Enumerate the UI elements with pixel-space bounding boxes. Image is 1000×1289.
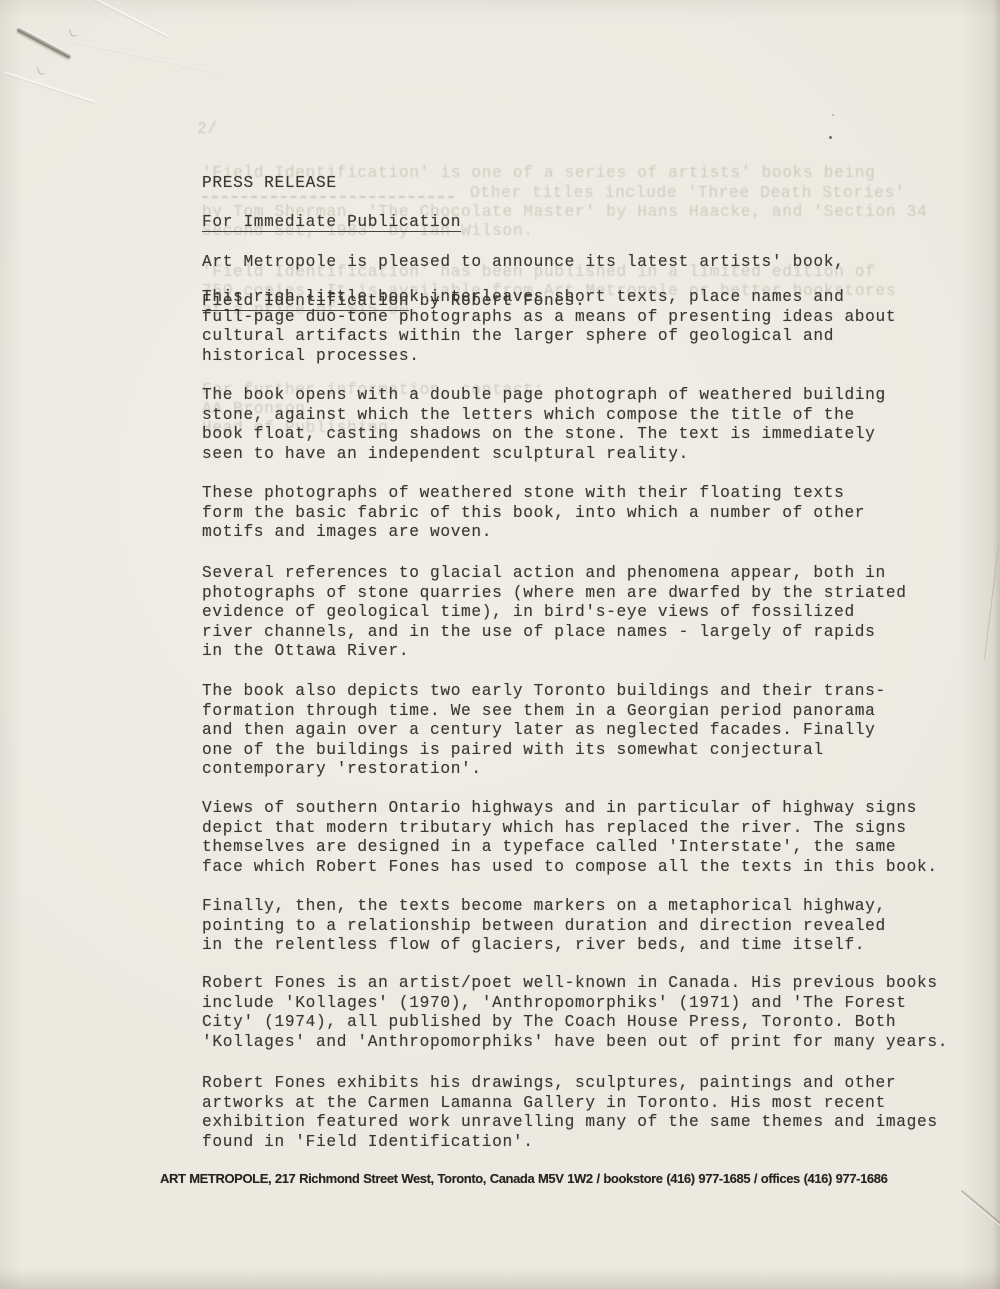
staple-tear-mark — [37, 65, 46, 76]
paper-speck — [829, 136, 832, 139]
ghost-page-number: 2/ — [197, 120, 218, 140]
edge-crease — [984, 545, 999, 659]
letterhead-footer: ART METROPOLE, 217 Richmond Street West,… — [160, 1171, 887, 1186]
paragraph: These photographs of weathered stone wit… — [202, 484, 865, 543]
paper-crease — [72, 40, 219, 72]
paragraph: The book also depicts two early Toronto … — [202, 682, 886, 780]
paragraph: This rich little book interleaves short … — [202, 288, 896, 366]
publication-status-line: For Immediate Publication — [202, 213, 461, 233]
paragraph: Robert Fones is an artist/poet well-know… — [202, 974, 948, 1052]
staple — [17, 27, 72, 59]
staple-tear-mark — [69, 27, 78, 38]
corner-fold-crease — [961, 1190, 1000, 1255]
press-release-scanned-page: 2/ 'Field Identification' is one of a se… — [0, 0, 1000, 1289]
paragraph: The book opens with a double page photog… — [202, 386, 886, 464]
paragraph: Robert Fones exhibits his drawings, scul… — [202, 1074, 938, 1152]
ghost-text-line: Other titles include 'Three Death Storie… — [470, 184, 905, 204]
paragraph: Finally, then, the texts become markers … — [202, 897, 886, 956]
paragraph: Views of southern Ontario highways and i… — [202, 799, 938, 877]
announcement-line: Art Metropole is pleased to announce its… — [202, 253, 844, 273]
paragraph: Several references to glacial action and… — [202, 564, 907, 662]
paper-crease — [62, 0, 168, 36]
paper-speck — [832, 114, 834, 116]
publication-status-underlined: For Immediate Publication — [202, 213, 461, 232]
press-release-heading: PRESS RELEASE — [202, 174, 461, 194]
paper-crease — [4, 71, 96, 102]
